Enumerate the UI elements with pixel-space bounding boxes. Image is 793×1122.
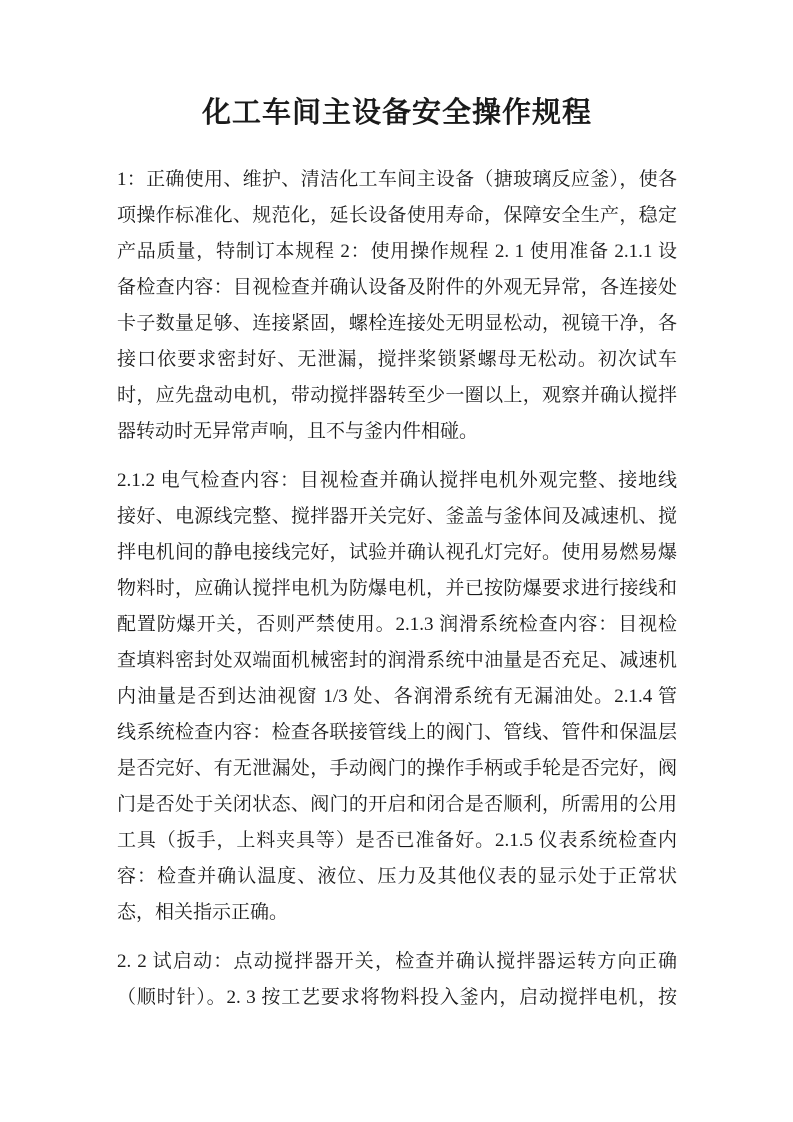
text-line: 接口依要求密封好、无泄漏，搅拌桨锁紧螺母无松动。初次试车 [117,342,677,378]
text-line: 配置防爆开关，否则严禁使用。2.1.3 润滑系统检查内容：目视检 [117,607,677,643]
text-line: 接好、电源线完整、搅拌器开关完好、釜盖与釜体间及减速机、搅 [117,499,677,535]
text-line: 1：正确使用、维护、清洁化工车间主设备（搪玻璃反应釜），使各 [117,162,677,198]
text-line: 时，应先盘动电机，带动搅拌器转至少一圈以上，观察并确认搅拌 [117,378,677,414]
paragraph: 2. 2 试启动：点动搅拌器开关，检查并确认搅拌器运转方向正确（顺时针）。2. … [117,944,677,1016]
text-line: 2.1.2 电气检查内容：目视检查并确认搅拌电机外观完整、接地线 [117,463,677,499]
text-line: 查填料密封处双端面机械密封的润滑系统中油量是否充足、减速机 [117,643,677,679]
text-line: 物料时，应确认搅拌电机为防爆电机，并已按防爆要求进行接线和 [117,571,677,607]
text-line: 工具（扳手，上料夹具等）是否已准备好。2.1.5 仪表系统检查内 [117,823,677,859]
text-line: 容：检查并确认温度、液位、压力及其他仪表的显示处于正常状 [117,859,677,895]
text-line: 态，相关指示正确。 [117,895,677,931]
text-line: 内油量是否到达油视窗 1/3 处、各润滑系统有无漏油处。2.1.4 管 [117,679,677,715]
paragraph: 2.1.2 电气检查内容：目视检查并确认搅拌电机外观完整、接地线接好、电源线完整… [117,463,677,931]
page-title: 化工车间主设备安全操作规程 [117,93,677,133]
text-line: 产品质量，特制订本规程 2：使用操作规程 2. 1 使用准备 2.1.1 设 [117,234,677,270]
text-line: 门是否处于关闭状态、阀门的开启和闭合是否顺利，所需用的公用 [117,787,677,823]
text-line: 2. 2 试启动：点动搅拌器开关，检查并确认搅拌器运转方向正确 [117,944,677,980]
text-line: 线系统检查内容：检查各联接管线上的阀门、管线、管件和保温层 [117,715,677,751]
text-line: 卡子数量足够、连接紧固，螺栓连接处无明显松动，视镜干净，各 [117,306,677,342]
document-page: 化工车间主设备安全操作规程 1：正确使用、维护、清洁化工车间主设备（搪玻璃反应釜… [0,0,793,1122]
text-line: 器转动时无异常声响，且不与釜内件相碰。 [117,414,677,450]
paragraph: 1：正确使用、维护、清洁化工车间主设备（搪玻璃反应釜），使各项操作标准化、规范化… [117,162,677,450]
text-line: 项操作标准化、规范化，延长设备使用寿命，保障安全生产，稳定 [117,198,677,234]
text-line: （顺时针）。2. 3 按工艺要求将物料投入釜内，启动搅拌电机，按 [117,980,677,1016]
document-body: 1：正确使用、维护、清洁化工车间主设备（搪玻璃反应釜），使各项操作标准化、规范化… [117,162,677,1016]
text-line: 拌电机间的静电接线完好，试验并确认视孔灯完好。使用易燃易爆 [117,535,677,571]
text-line: 是否完好、有无泄漏处，手动阀门的操作手柄或手轮是否完好，阀 [117,751,677,787]
text-line: 备检查内容：目视检查并确认设备及附件的外观无异常，各连接处 [117,270,677,306]
